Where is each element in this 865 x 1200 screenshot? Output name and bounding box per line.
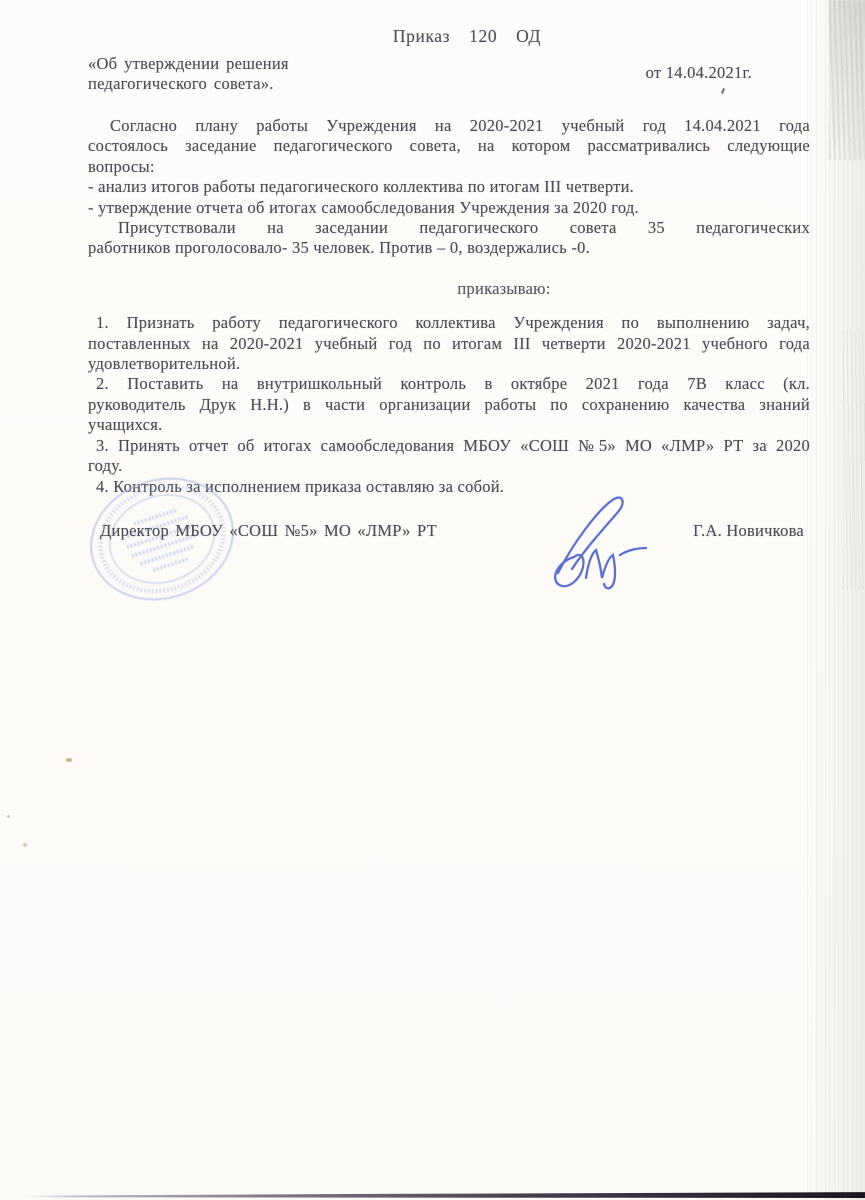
scanner-streaks-mid-right bbox=[843, 330, 865, 590]
text-line: 3. Принять отчет об итогах самообследова… bbox=[88, 436, 810, 456]
text-line: «Об утверждении решения bbox=[88, 54, 289, 74]
document-date: от 14.04.2021г. bbox=[646, 63, 752, 83]
text-line: 4. Контроль за исполнением приказа остав… bbox=[88, 477, 810, 497]
scanner-streaks-top-right bbox=[829, 0, 865, 160]
scanner-streaks-right bbox=[807, 0, 865, 1200]
text-line: - анализ итогов работы педагогического к… bbox=[88, 177, 810, 197]
text-line: вопросы: bbox=[88, 157, 810, 177]
director-name: Г.А. Новичкова bbox=[693, 521, 804, 541]
order-item-1: 1. Признать работу педагогического колле… bbox=[88, 313, 810, 374]
paper-speck bbox=[66, 758, 72, 762]
signature-row: Директор МБОУ «СОШ №5» МО «ЛМР» РТ Г.А. … bbox=[88, 521, 810, 541]
text-line: году. bbox=[88, 456, 810, 476]
text-line: удовлетворительной. bbox=[88, 354, 810, 374]
order-item-2: 2. Поставить на внутришкольный контроль … bbox=[88, 374, 810, 435]
scanned-document-page: Приказ 120 ОД «Об утверждении решенияпед… bbox=[0, 0, 865, 1200]
paragraph-bullet-2: - утверждение отчета об итогах самообсле… bbox=[88, 198, 810, 218]
document-header-row: «Об утверждении решенияпедагогического с… bbox=[88, 54, 810, 95]
document-body: Согласно плану работы Учреждения на 2020… bbox=[88, 116, 810, 497]
paragraph-intro: Согласно плану работы Учреждения на 2020… bbox=[88, 116, 810, 177]
text-line: работников проголосовало- 35 человек. Пр… bbox=[88, 238, 810, 258]
order-word: приказываю: bbox=[143, 279, 865, 299]
order-item-3: 3. Принять отчет об итогах самообследова… bbox=[88, 436, 810, 477]
text-line: поставленных на 2020-2021 учебный год по… bbox=[88, 334, 810, 354]
paper-speck bbox=[23, 843, 27, 847]
text-line: педагогического совета». bbox=[88, 74, 289, 94]
text-line: учащихся. bbox=[88, 415, 810, 435]
paragraph-attendance: Присутствовали на заседании педагогическ… bbox=[88, 218, 810, 259]
paper-speck bbox=[7, 815, 10, 818]
paragraph-bullet-1: - анализ итогов работы педагогического к… bbox=[88, 177, 810, 197]
text-line: - утверждение отчета об итогах самообсле… bbox=[88, 198, 810, 218]
text-line: Присутствовали на заседании педагогическ… bbox=[88, 218, 810, 238]
text-line: Согласно плану работы Учреждения на 2020… bbox=[88, 116, 810, 136]
text-line: 2. Поставить на внутришкольный контроль … bbox=[88, 374, 810, 394]
text-line: руководитель Друк Н.Н.) в части организа… bbox=[88, 395, 810, 415]
text-line: 1. Признать работу педагогического колле… bbox=[88, 313, 810, 333]
document-subject: «Об утверждении решенияпедагогического с… bbox=[88, 54, 289, 95]
text-line: состоялось заседание педагогического сов… bbox=[88, 136, 810, 156]
document-title: Приказ 120 ОД bbox=[106, 26, 828, 47]
scan-edge-bottom-line bbox=[26, 1192, 865, 1198]
order-item-4: 4. Контроль за исполнением приказа остав… bbox=[88, 477, 810, 497]
director-position: Директор МБОУ «СОШ №5» МО «ЛМР» РТ bbox=[100, 521, 437, 541]
